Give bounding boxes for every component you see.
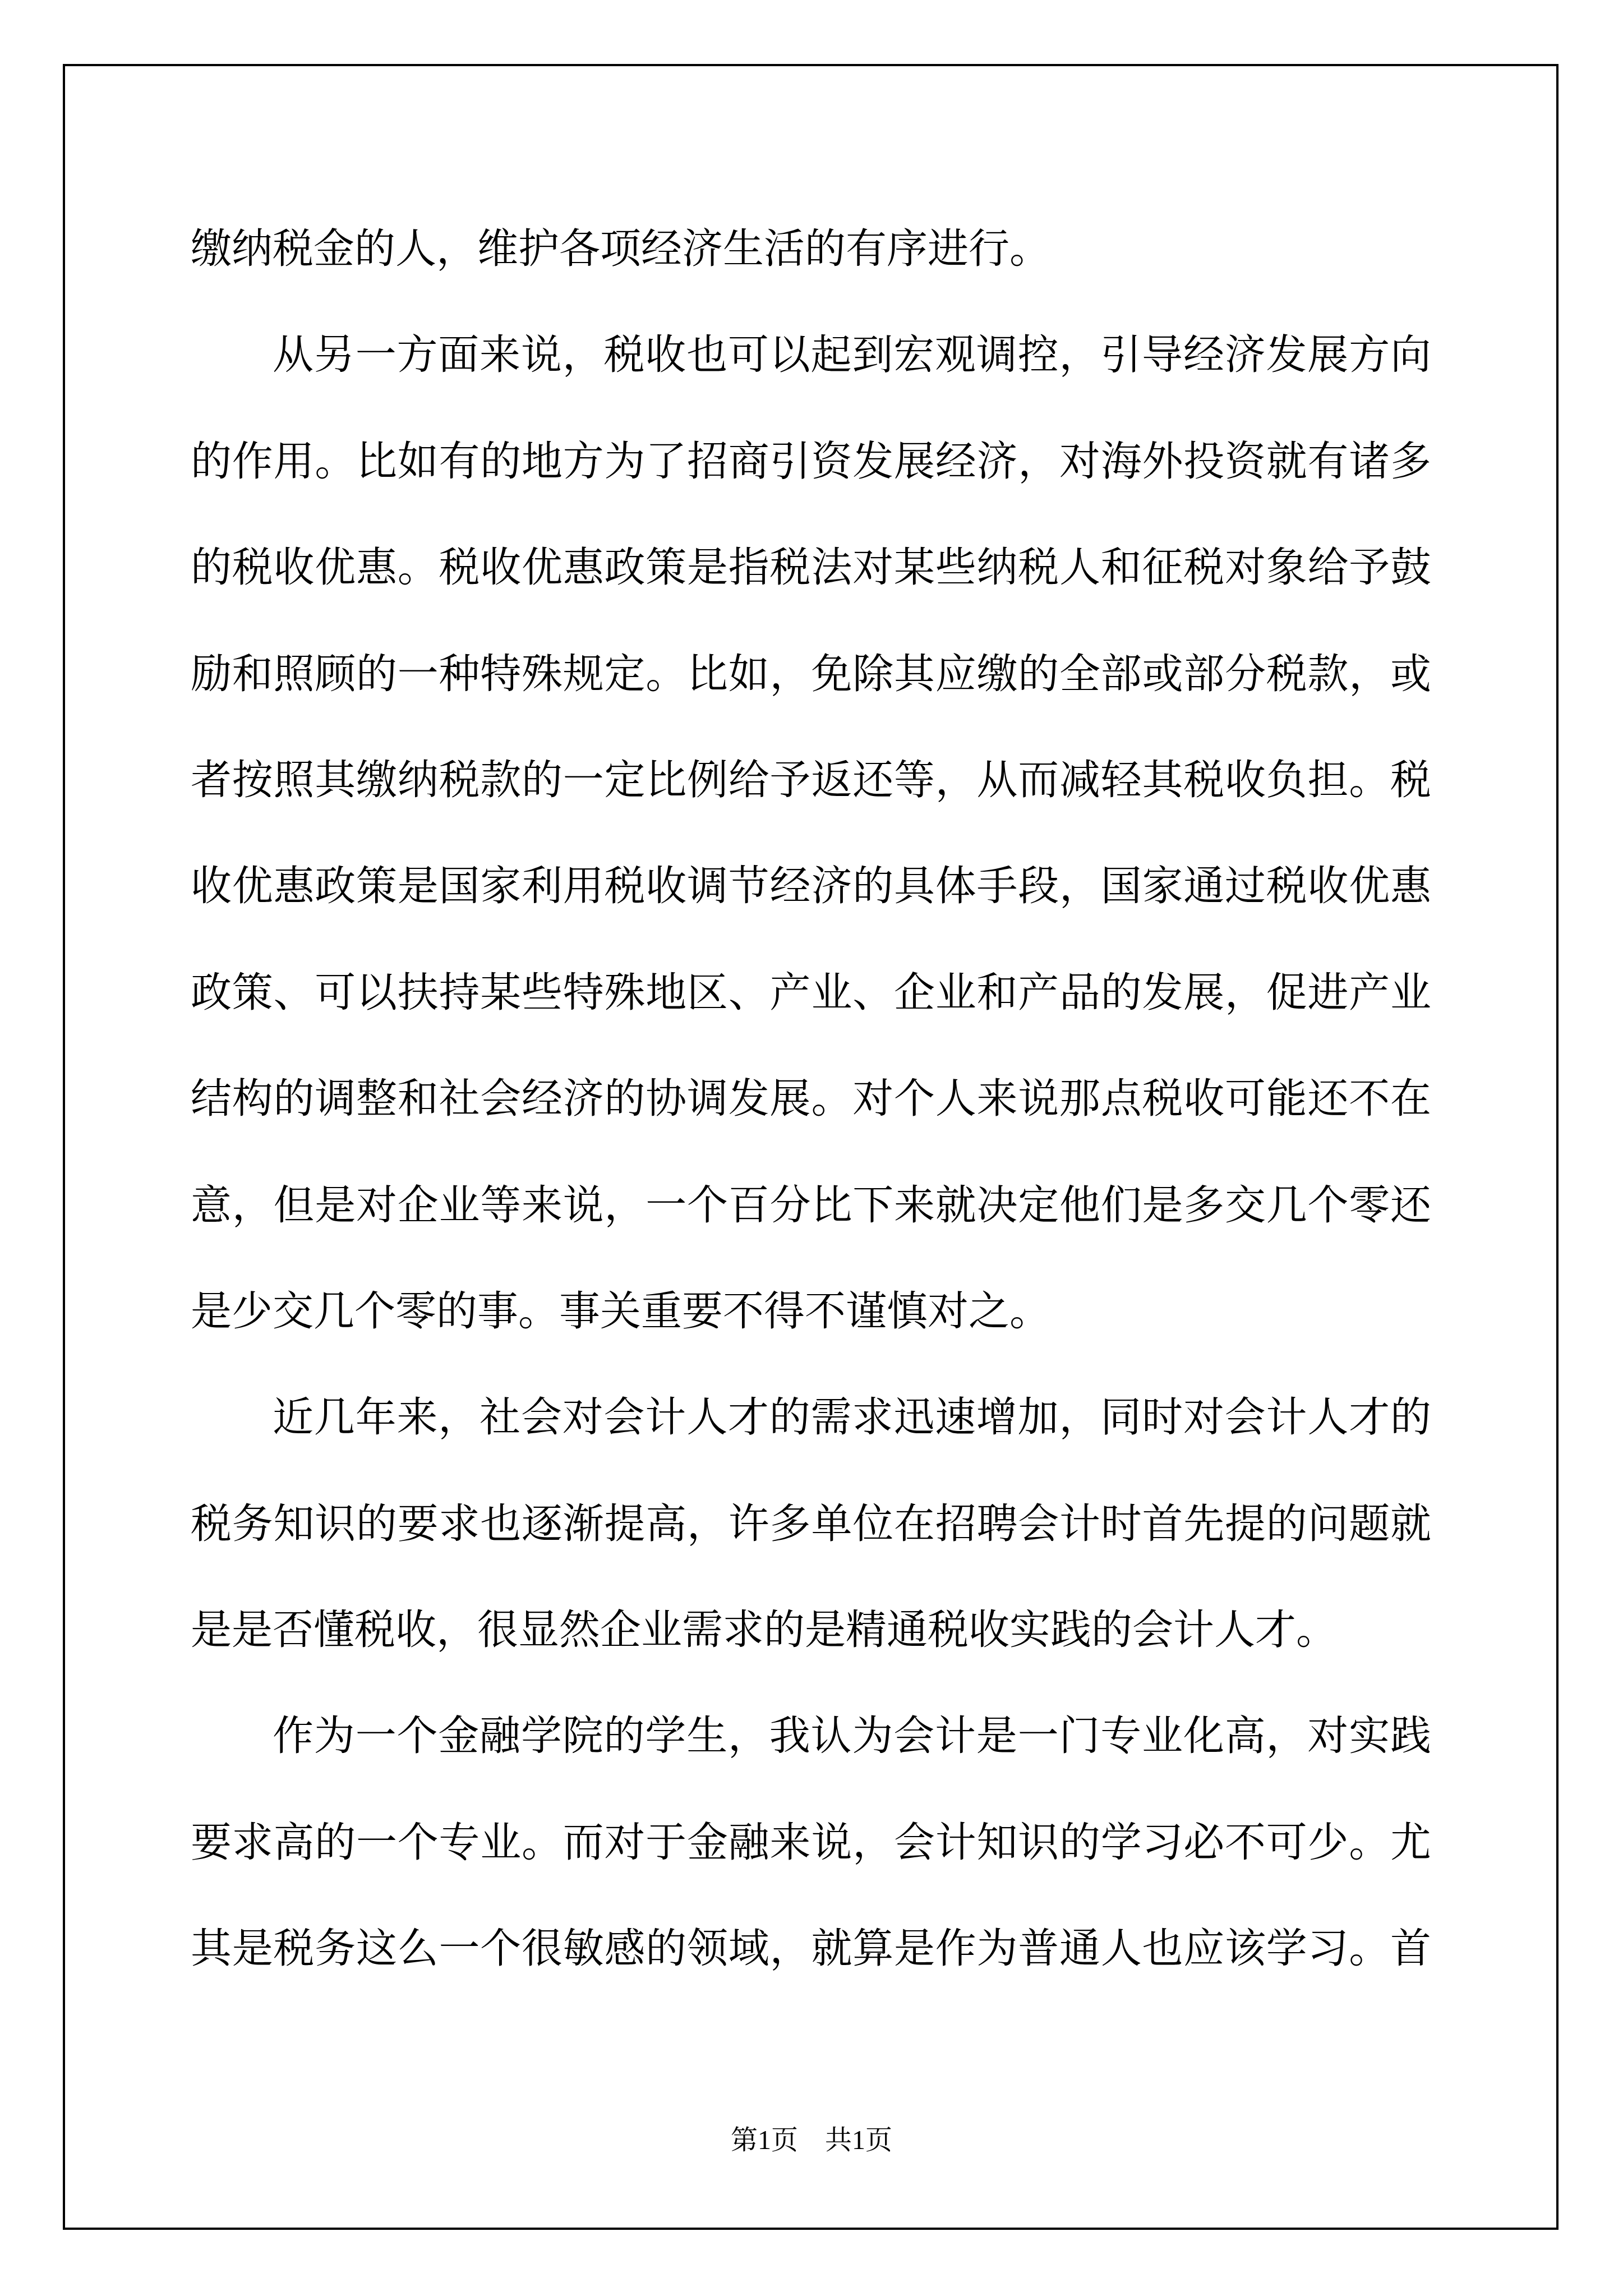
- text-line: 税务知识的要求也逐渐提高，许多单位在招聘会计时首先提的问题就: [191, 1471, 1431, 1577]
- text-line: 意，但是对企业等来说，一个百分比下来就决定他们是多交几个零还: [191, 1152, 1431, 1258]
- text-line: 的作用。比如有的地方为了招商引资发展经济，对海外投资就有诸多: [191, 408, 1431, 514]
- document-page: 缴纳税金的人，维护各项经济生活的有序进行。从另一方面来说，税收也可以起到宏观调控…: [0, 0, 1623, 2296]
- text-line: 近几年来，社会对会计人才的需求迅速增加，同时对会计人才的: [191, 1364, 1431, 1470]
- text-line: 缴纳税金的人，维护各项经济生活的有序进行。: [191, 196, 1431, 302]
- text-line: 结构的调整和社会经济的协调发展。对个人来说那点税收可能还不在: [191, 1046, 1431, 1152]
- page-number-indicator: 第1页 共1页: [731, 2125, 892, 2155]
- text-line: 收优惠政策是国家利用税收调节经济的具体手段，国家通过税收优惠: [191, 833, 1431, 939]
- text-line: 励和照顾的一种特殊规定。比如，免除其应缴的全部或部分税款，或: [191, 621, 1431, 727]
- document-body: 缴纳税金的人，维护各项经济生活的有序进行。从另一方面来说，税收也可以起到宏观调控…: [191, 196, 1431, 2002]
- text-line: 政策、可以扶持某些特殊地区、产业、企业和产品的发展，促进产业: [191, 940, 1431, 1046]
- text-line: 是少交几个零的事。事关重要不得不谨慎对之。: [191, 1258, 1431, 1364]
- page-footer: 第1页 共1页: [0, 2125, 1623, 2159]
- text-line: 要求高的一个专业。而对于金融来说，会计知识的学习必不可少。尤: [191, 1789, 1431, 1895]
- text-line: 其是税务这么一个很敏感的领域，就算是作为普通人也应该学习。首: [191, 1895, 1431, 2001]
- text-line: 者按照其缴纳税款的一定比例给予返还等，从而减轻其税收负担。税: [191, 727, 1431, 833]
- text-line: 的税收优惠。税收优惠政策是指税法对某些纳税人和征税对象给予鼓: [191, 514, 1431, 620]
- text-line: 作为一个金融学院的学生，我认为会计是一门专业化高，对实践: [191, 1683, 1431, 1789]
- text-line: 从另一方面来说，税收也可以起到宏观调控，引导经济发展方向: [191, 302, 1431, 408]
- text-line: 是是否懂税收，很显然企业需求的是精通税收实践的会计人才。: [191, 1577, 1431, 1683]
